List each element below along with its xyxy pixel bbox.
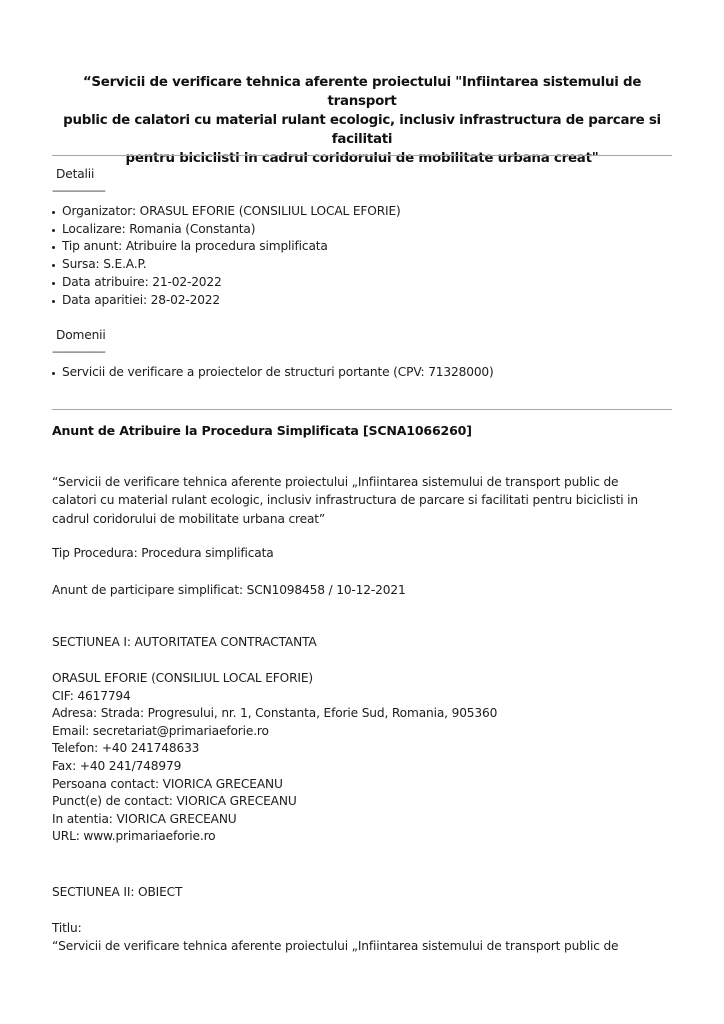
section2-title-label: Titlu: xyxy=(52,920,82,938)
section1-authority-block: ORASUL EFORIE (CONSILIUL LOCAL EFORIE) C… xyxy=(52,670,497,846)
document-title-line: public de calatori cu material rulant ec… xyxy=(48,111,676,149)
domains-item-cpv: Servicii de verificare a proiectelor de … xyxy=(52,364,494,382)
announcement-description-line: “Servicii de verificare tehnica aferente… xyxy=(52,473,672,491)
authority-url: URL: www.primariaeforie.ro xyxy=(52,828,497,846)
authority-email: Email: secretariat@primariaeforie.ro xyxy=(52,723,497,741)
details-item-source: Sursa: S.E.A.P. xyxy=(52,256,401,274)
domains-separator: ------------------- xyxy=(52,343,105,361)
divider xyxy=(52,409,672,410)
authority-contact-points: Punct(e) de contact: VIORICA GRECEANU xyxy=(52,793,497,811)
announcement-description-line: cadrul coridorului de mobilitate urbana … xyxy=(52,510,672,528)
domains-list: Servicii de verificare a proiectelor de … xyxy=(52,364,494,382)
divider xyxy=(52,155,672,156)
procedure-type: Tip Procedura: Procedura simplificata xyxy=(52,545,274,563)
section2-heading: SECTIUNEA II: OBIECT xyxy=(52,884,182,902)
authority-name: ORASUL EFORIE (CONSILIUL LOCAL EFORIE) xyxy=(52,670,497,688)
section1-heading: SECTIUNEA I: AUTORITATEA CONTRACTANTA xyxy=(52,634,317,652)
details-separator: ------------------- xyxy=(52,182,105,200)
authority-contact-person: Persoana contact: VIORICA GRECEANU xyxy=(52,776,497,794)
details-list: Organizator: ORASUL EFORIE (CONSILIUL LO… xyxy=(52,203,401,309)
participation-notice: Anunt de participare simplificat: SCN109… xyxy=(52,582,406,600)
section2-title-text: “Servicii de verificare tehnica aferente… xyxy=(52,938,618,956)
details-item-notice-type: Tip anunt: Atribuire la procedura simpli… xyxy=(52,238,401,256)
authority-attention: In atentia: VIORICA GRECEANU xyxy=(52,811,497,829)
document-title: “Servicii de verificare tehnica aferente… xyxy=(48,73,676,168)
announcement-description-line: calatori cu material rulant ecologic, in… xyxy=(52,491,672,509)
announcement-heading: Anunt de Atribuire la Procedura Simplifi… xyxy=(52,422,472,440)
authority-phone: Telefon: +40 241748633 xyxy=(52,740,497,758)
details-item-publish-date: Data aparitiei: 28-02-2022 xyxy=(52,292,401,310)
announcement-description: “Servicii de verificare tehnica aferente… xyxy=(52,473,672,528)
document-title-line: “Servicii de verificare tehnica aferente… xyxy=(48,73,676,111)
authority-fax: Fax: +40 241/748979 xyxy=(52,758,497,776)
details-item-award-date: Data atribuire: 21-02-2022 xyxy=(52,274,401,292)
document-title-line: pentru biciclisti in cadrul coridorului … xyxy=(48,149,676,168)
authority-cif: CIF: 4617794 xyxy=(52,688,497,706)
authority-address: Adresa: Strada: Progresului, nr. 1, Cons… xyxy=(52,705,497,723)
details-item-location: Localizare: Romania (Constanta) xyxy=(52,221,401,239)
details-item-organizer: Organizator: ORASUL EFORIE (CONSILIUL LO… xyxy=(52,203,401,221)
